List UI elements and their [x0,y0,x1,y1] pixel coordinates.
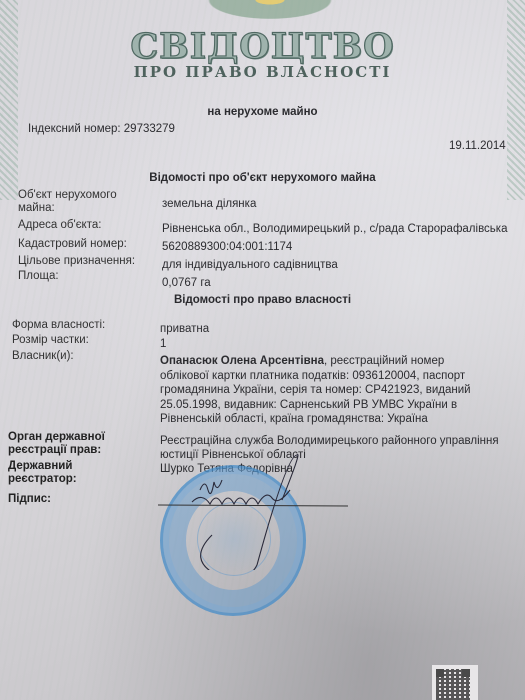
certificate-page: СВІДОЦТВО ПРО ПРАВО ВЛАСНОСТІ на нерухом… [0,0,525,700]
ownership-form-value: приватна [160,322,209,336]
purpose-value: для індивідуального садівництва [162,258,338,272]
object-section-heading: Відомості про об'єкт нерухомого майна [0,172,525,184]
registrar-label: Державний реєстратор: [8,460,98,486]
area-value: 0,0767 га [162,276,211,290]
document-title: СВІДОЦТВО [0,26,525,67]
address-value: Рівненська обл., Володимирецький р., с/р… [162,222,507,236]
owner-name: Опанасюк Олена Арсентівна [160,355,324,367]
handwritten-signature-icon [170,450,340,570]
property-type: на нерухоме майно [0,106,525,118]
cadastral-value: 5620889300:04:001:1174 [162,240,292,254]
owner-info: Опанасюк Олена Арсентівна, реєстраційний… [160,354,490,427]
share-size-value: 1 [160,337,166,351]
index-number: Індексний номер: 29733279 [28,123,175,135]
object-type-label: Об'єкт нерухомого майна: [18,189,128,215]
ownership-section-heading: Відомості про право власності [0,294,525,306]
purpose-label: Цільове призначення: [18,255,135,268]
signature-label: Підпис: [8,493,51,506]
object-type-value: земельна ділянка [162,197,256,211]
owner-label: Власник(и): [12,350,74,363]
area-label: Площа: [18,270,59,283]
qr-code-pattern [436,669,470,700]
authority-label: Орган державної реєстрації прав: [8,431,128,457]
qr-code-icon [432,665,478,700]
document-subtitle: ПРО ПРАВО ВЛАСНОСТІ [0,63,525,81]
ownership-form-label: Форма власності: [12,319,105,332]
cadastral-label: Кадастровий номер: [18,238,127,251]
issue-date: 19.11.2014 [449,140,506,152]
address-label: Адреса об'єкта: [18,219,101,232]
share-size-label: Розмір частки: [12,334,89,347]
wreath-emblem-icon [205,0,335,20]
